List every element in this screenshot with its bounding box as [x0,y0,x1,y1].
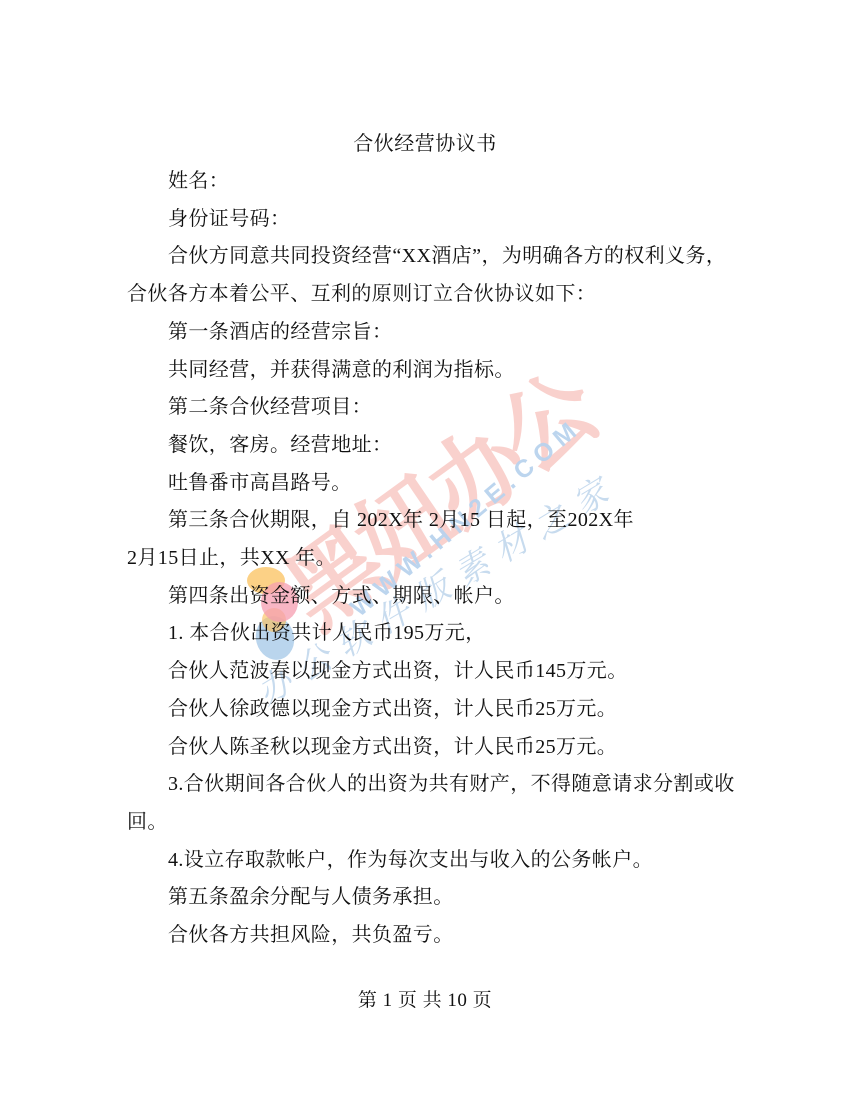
text-line: 第二条合伙经营项目： [127,389,743,427]
page-footer: 第 1 页 共 10 页 [0,985,850,1012]
text-line: 第一条酒店的经营宗旨： [127,314,743,352]
text-line: 合伙人陈圣秋以现金方式出资，计人民币25万元。 [127,729,743,767]
text-line: 合伙各方本着公平、互利的原则订立合伙协议如下： [127,276,743,314]
text-line: 4.设立存取款帐户，作为每次支出与收入的公务帐户。 [127,842,743,880]
text-line: 合伙各方共担风险，共负盈亏。 [127,917,743,955]
text-line: 2月15日止，共XX 年。 [127,540,743,578]
text-line: 吐鲁番市高昌路号。 [127,465,743,503]
text-line: 姓名： [127,163,743,201]
document-body: 姓名： 身份证号码： 合伙方同意共同投资经营“XX酒店”，为明确各方的权利义务，… [127,163,743,955]
text-line: 餐饮，客房。经营地址： [127,427,743,465]
text-line: 第四条出资金额、方式、期限、帐户。 [127,578,743,616]
text-line: 合伙方同意共同投资经营“XX酒店”，为明确各方的权利义务， [127,238,743,276]
text-line: 3.合伙期间各合伙人的出资为共有财产，不得随意请求分割或收 [127,766,743,804]
text-line: 合伙人徐政德以现金方式出资，计人民币25万元。 [127,691,743,729]
document-content: 合伙经营协议书 姓名： 身份证号码： 合伙方同意共同投资经营“XX酒店”，为明确… [0,0,850,1100]
document-page: 黑妞办公 WWW.HN2E.COM 办公软件版素材之家 合伙经营协议书 姓名： … [0,0,850,1100]
text-line: 身份证号码： [127,201,743,239]
text-line: 合伙人范波春以现金方式出资，计人民币145万元。 [127,653,743,691]
document-title: 合伙经营协议书 [0,127,850,156]
text-line: 第三条合伙期限，自 202X年 2月15 日起，至202X年 [127,502,743,540]
text-line: 共同经营，并获得满意的利润为指标。 [127,352,743,390]
text-line: 回。 [127,804,743,842]
text-line: 第五条盈余分配与人债务承担。 [127,879,743,917]
text-line: 1. 本合伙出资共计人民币195万元， [127,615,743,653]
